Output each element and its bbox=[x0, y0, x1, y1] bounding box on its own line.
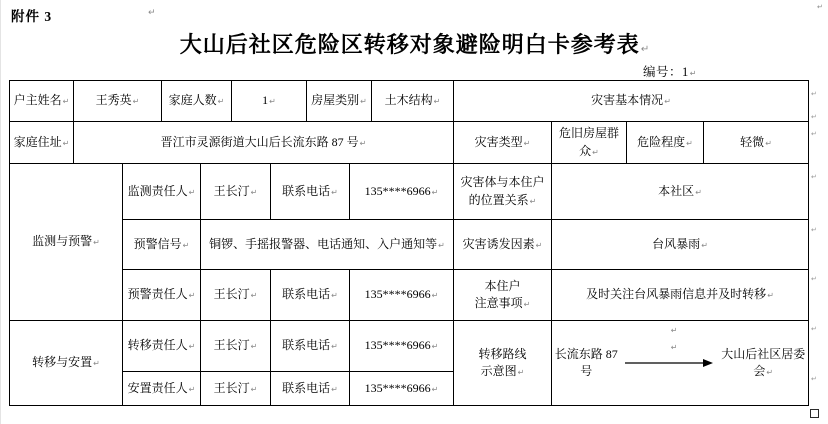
warning-person-label-cell: 预警责任人↵ bbox=[123, 270, 201, 321]
trigger-factor-value: 台风暴雨 bbox=[652, 237, 700, 251]
cell-mark: ↵ bbox=[524, 300, 531, 309]
cell-mark: ↵ bbox=[63, 97, 70, 106]
cell-mark: ↵ bbox=[331, 291, 338, 300]
cell-mark: ↵ bbox=[530, 197, 537, 206]
cell-mark: ↵ bbox=[434, 97, 441, 106]
settle-person-value-cell: 王长汀↵ bbox=[201, 372, 271, 406]
house-type-value-cell: 土木结构↵ bbox=[372, 81, 454, 122]
cell-mark: ↵ bbox=[432, 385, 439, 394]
cell-mark: ↵ bbox=[701, 241, 708, 250]
phone-label: 联系电话 bbox=[282, 287, 330, 301]
cell-mark: ↵ bbox=[133, 97, 140, 106]
whitecard-table: 户主姓名↵ 王秀英↵ 家庭人数↵ 1↵ 房屋类别↵ 土木结构↵ 灾害基本情况↵ … bbox=[9, 80, 809, 406]
warning-signal-value: 铜锣、手摇报警器、电话通知、入户通知等 bbox=[209, 237, 437, 251]
trigger-factor-label: 灾害诱发因素 bbox=[463, 237, 535, 251]
cell-mark: ↵ bbox=[360, 97, 367, 106]
cell-mark: ↵ bbox=[518, 368, 525, 377]
cell-mark: ↵ bbox=[93, 238, 100, 247]
family-size-value: 1 bbox=[262, 93, 268, 107]
row-end-mark: ↵ bbox=[811, 90, 817, 98]
phone-value-cell: 135****6966↵ bbox=[350, 270, 454, 321]
arrow-right-icon bbox=[625, 358, 713, 368]
phone-label-cell: 联系电话↵ bbox=[271, 270, 350, 321]
monitor-person-label-cell: 监测责任人↵ bbox=[123, 164, 201, 220]
transfer-section-label: 转移与安置 bbox=[32, 355, 92, 369]
phone-label-cell: 联系电话↵ bbox=[271, 372, 350, 406]
cell-mark: ↵ bbox=[251, 342, 258, 351]
phone-label-cell: 联系电话↵ bbox=[271, 321, 350, 372]
family-size-label-cell: 家庭人数↵ bbox=[162, 81, 232, 122]
row-end-mark: ↵ bbox=[811, 130, 817, 138]
householder-label: 户主姓名 bbox=[14, 93, 62, 107]
disaster-type-label: 灾害类型 bbox=[475, 135, 523, 149]
household-notice-label: 本住户 注意事项 bbox=[475, 279, 523, 310]
table-row: 家庭住址↵ 晋江市灵源街道大山后长流东路 87 号↵ 灾害类型↵ 危旧房屋群众↵… bbox=[10, 122, 809, 164]
phone-value: 135****6966 bbox=[365, 287, 431, 301]
end-of-document-square bbox=[810, 409, 819, 418]
attachment-label: 附件 3 bbox=[11, 5, 52, 25]
phone-value: 135****6966 bbox=[365, 338, 431, 352]
cell-mark: ↵ bbox=[432, 291, 439, 300]
settle-person-value: 王长汀 bbox=[214, 381, 250, 395]
cell-mark: ↵ bbox=[189, 385, 196, 394]
settle-person-label: 安置责任人 bbox=[128, 381, 188, 395]
cell-mark: ↵ bbox=[686, 139, 693, 148]
row-end-mark: ↵ bbox=[811, 226, 817, 234]
disaster-info-header-cell: 灾害基本情况↵ bbox=[454, 81, 809, 122]
document-page: 附件 3 ↵ ↵ 大山后社区危险区转移对象避险明白卡参考表↵ 编号：1↵ 户主姓… bbox=[0, 0, 828, 424]
cell-mark: ↵ bbox=[189, 188, 196, 197]
cell-mark: ↵ bbox=[432, 188, 439, 197]
house-type-value: 土木结构 bbox=[385, 93, 433, 107]
settle-person-label-cell: 安置责任人↵ bbox=[123, 372, 201, 406]
disaster-type-label-cell: 灾害类型↵ bbox=[454, 122, 552, 164]
cell-mark: ↵ bbox=[524, 139, 531, 148]
position-relation-label-cell: 灾害体与本住户 的位置关系↵ bbox=[454, 164, 552, 220]
table-row: 预警责任人↵ 王长汀↵ 联系电话↵ 135****6966↵ 本住户 注意事项↵… bbox=[10, 270, 809, 321]
row-end-mark: ↵ bbox=[811, 375, 817, 383]
transfer-person-value-cell: 王长汀↵ bbox=[201, 321, 271, 372]
cell-mark: ↵ bbox=[432, 342, 439, 351]
cell-mark: ↵ bbox=[766, 368, 773, 377]
cell-mark: ↵ bbox=[767, 291, 774, 300]
cell-mark: ↵ bbox=[189, 342, 196, 351]
cell-mark: ↵ bbox=[183, 241, 190, 250]
phone-value: 135****6966 bbox=[365, 184, 431, 198]
table-row: 转移与安置↵ 转移责任人↵ 王长汀↵ 联系电话↵ 135****6966↵ 转移… bbox=[10, 321, 809, 372]
monitor-person-value: 王长汀 bbox=[214, 184, 250, 198]
page-title: 大山后社区危险区转移对象避险明白卡参考表 bbox=[180, 32, 640, 57]
monitor-person-value-cell: 王长汀↵ bbox=[201, 164, 271, 220]
cell-mark: ↵ bbox=[664, 97, 671, 106]
cell-mark: ↵ bbox=[93, 359, 100, 368]
title-row: 大山后社区危险区转移对象避险明白卡参考表↵ bbox=[1, 28, 828, 59]
cell-mark: ↵ bbox=[251, 291, 258, 300]
row-end-mark: ↵ bbox=[811, 275, 817, 283]
household-notice-value: 及时关注台风暴雨信息并及时转移 bbox=[586, 287, 766, 301]
route-to: 大山后社区居委会↵ bbox=[720, 346, 806, 381]
trigger-factor-value-cell: 台风暴雨↵ bbox=[552, 220, 809, 270]
transfer-section-cell: 转移与安置↵ bbox=[10, 321, 123, 406]
family-size-label: 家庭人数 bbox=[169, 93, 217, 107]
household-notice-value-cell: 及时关注台风暴雨信息并及时转移↵ bbox=[552, 270, 809, 321]
phone-value-cell: 135****6966↵ bbox=[350, 321, 454, 372]
table-row: 预警信号↵ 铜锣、手摇报警器、电话通知、入户通知等↵ 灾害诱发因素↵ 台风暴雨↵ bbox=[10, 220, 809, 270]
address-label: 家庭住址 bbox=[14, 135, 62, 149]
cell-mark: ↵ bbox=[695, 188, 702, 197]
warning-person-label: 预警责任人 bbox=[128, 287, 188, 301]
disaster-type-value: 危旧房屋群众 bbox=[559, 126, 619, 157]
cell-mark: ↵ bbox=[360, 139, 367, 148]
cell-mark: ↵ bbox=[251, 385, 258, 394]
transfer-person-value: 王长汀 bbox=[214, 338, 250, 352]
route-from: 长流东路 87 号 bbox=[554, 346, 618, 381]
warning-signal-label: 预警信号 bbox=[134, 237, 182, 251]
paragraph-mark: ↵ bbox=[148, 8, 156, 18]
phone-label-cell: 联系电话↵ bbox=[271, 164, 350, 220]
row-end-mark: ↵ bbox=[811, 113, 817, 121]
warning-person-value-cell: 王长汀↵ bbox=[201, 270, 271, 321]
cell-mark: ↵ bbox=[331, 385, 338, 394]
phone-label: 联系电话 bbox=[282, 184, 330, 198]
row-end-mark: ↵ bbox=[817, 3, 823, 11]
cell-mark: ↵ bbox=[63, 139, 70, 148]
route-diagram-cell: ↵ ↵ 长流东路 87 号 大山后社区居委会↵ bbox=[552, 321, 809, 406]
cell-mark: ↵ bbox=[218, 97, 225, 106]
cell-mark: ↵ bbox=[251, 188, 258, 197]
house-type-label-cell: 房屋类别↵ bbox=[307, 81, 372, 122]
phone-label: 联系电话 bbox=[282, 338, 330, 352]
danger-level-label: 危险程度 bbox=[637, 135, 685, 149]
household-notice-label-cell: 本住户 注意事项↵ bbox=[454, 270, 552, 321]
address-value-cell: 晋江市灵源街道大山后长流东路 87 号↵ bbox=[74, 122, 454, 164]
cell-mark: ↵ bbox=[331, 342, 338, 351]
cell-mark: ↵ bbox=[189, 291, 196, 300]
family-size-value-cell: 1↵ bbox=[232, 81, 307, 122]
address-value: 晋江市灵源街道大山后长流东路 87 号 bbox=[161, 135, 359, 149]
house-type-label: 房屋类别 bbox=[311, 93, 359, 107]
paragraph-mark: ↵ bbox=[641, 44, 649, 55]
transfer-person-label-cell: 转移责任人↵ bbox=[123, 321, 201, 372]
householder-value: 王秀英 bbox=[96, 93, 132, 107]
disaster-type-value-cell: 危旧房屋群众↵ bbox=[552, 122, 627, 164]
monitor-warning-section-cell: 监测与预警↵ bbox=[10, 164, 123, 321]
warning-signal-value-cell: 铜锣、手摇报警器、电话通知、入户通知等↵ bbox=[201, 220, 454, 270]
phone-value: 135****6966 bbox=[365, 381, 431, 395]
table-row: 户主姓名↵ 王秀英↵ 家庭人数↵ 1↵ 房屋类别↵ 土木结构↵ 灾害基本情况↵ bbox=[10, 81, 809, 122]
householder-value-cell: 王秀英↵ bbox=[74, 81, 162, 122]
phone-label: 联系电话 bbox=[282, 381, 330, 395]
transfer-person-label: 转移责任人 bbox=[128, 338, 188, 352]
table-row: 监测与预警↵ 监测责任人↵ 王长汀↵ 联系电话↵ 135****6966↵ 灾害… bbox=[10, 164, 809, 220]
cell-mark: ↵ bbox=[269, 97, 276, 106]
address-label-cell: 家庭住址↵ bbox=[10, 122, 74, 164]
danger-level-value: 轻微 bbox=[740, 135, 764, 149]
serial-number: 编号：1↵ bbox=[643, 62, 697, 80]
cell-mark: ↵ bbox=[536, 241, 543, 250]
route-label-cell: 转移路线 示意图↵ bbox=[454, 321, 552, 406]
row-end-mark: ↵ bbox=[811, 173, 817, 181]
trigger-factor-label-cell: 灾害诱发因素↵ bbox=[454, 220, 552, 270]
row-end-mark: ↵ bbox=[811, 325, 817, 333]
paragraph-mark: ↵ bbox=[690, 69, 697, 78]
position-relation-value: 本社区 bbox=[658, 184, 694, 198]
paragraph-mark: ↵ bbox=[671, 342, 678, 354]
route-diagram: 长流东路 87 号 大山后社区居委会↵ bbox=[554, 346, 806, 381]
danger-level-label-cell: 危险程度↵ bbox=[627, 122, 704, 164]
monitor-warning-section-label: 监测与预警 bbox=[32, 234, 92, 248]
cell-mark: ↵ bbox=[331, 188, 338, 197]
warning-signal-label-cell: 预警信号↵ bbox=[123, 220, 201, 270]
position-relation-value-cell: 本社区↵ bbox=[552, 164, 809, 220]
householder-label-cell: 户主姓名↵ bbox=[10, 81, 74, 122]
phone-value-cell: 135****6966↵ bbox=[350, 164, 454, 220]
cell-mark: ↵ bbox=[438, 241, 445, 250]
serial-number-text: 编号：1 bbox=[643, 65, 689, 79]
paragraph-mark: ↵ bbox=[671, 325, 678, 337]
warning-person-value: 王长汀 bbox=[214, 287, 250, 301]
monitor-person-label: 监测责任人 bbox=[128, 184, 188, 198]
phone-value-cell: 135****6966↵ bbox=[350, 372, 454, 406]
cell-mark: ↵ bbox=[765, 139, 772, 148]
cell-mark: ↵ bbox=[592, 148, 599, 157]
disaster-info-header: 灾害基本情况 bbox=[591, 93, 663, 107]
danger-level-value-cell: 轻微↵ bbox=[704, 122, 809, 164]
